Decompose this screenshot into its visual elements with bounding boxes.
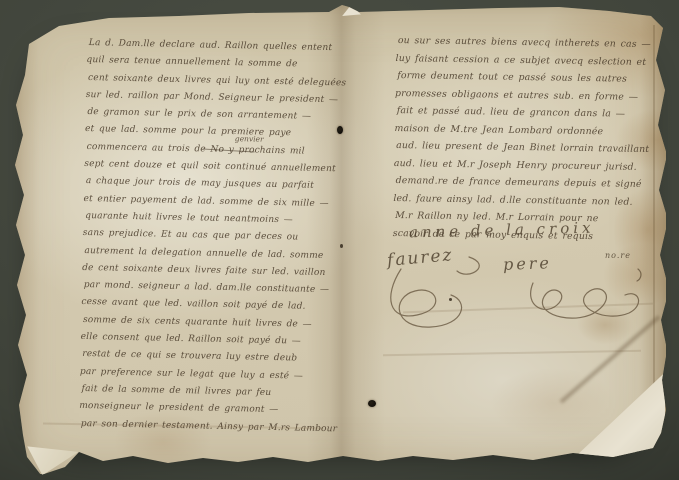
bottom-left-tear-flap [25,443,83,477]
worm-hole [337,126,343,134]
crease-line [383,350,641,356]
right-page-text: ou sur ses autres biens avecq intherets … [393,32,654,246]
top-edge-notch [340,5,362,16]
ink-spot [449,298,452,301]
left-page-text: La d. Dam.lle declare aud. Raillon quell… [79,35,339,438]
ink-spot [340,244,343,248]
center-fold-crease [653,25,655,445]
corner-fold [565,367,665,457]
interlinear-insertion: genvier [235,134,264,144]
archive-background: La d. Dam.lle declare aud. Raillon quell… [0,0,679,480]
worm-hole [368,400,376,407]
manuscript-sheet: La d. Dam.lle declare aud. Raillon quell… [13,5,666,474]
signature-flourish [373,255,673,345]
